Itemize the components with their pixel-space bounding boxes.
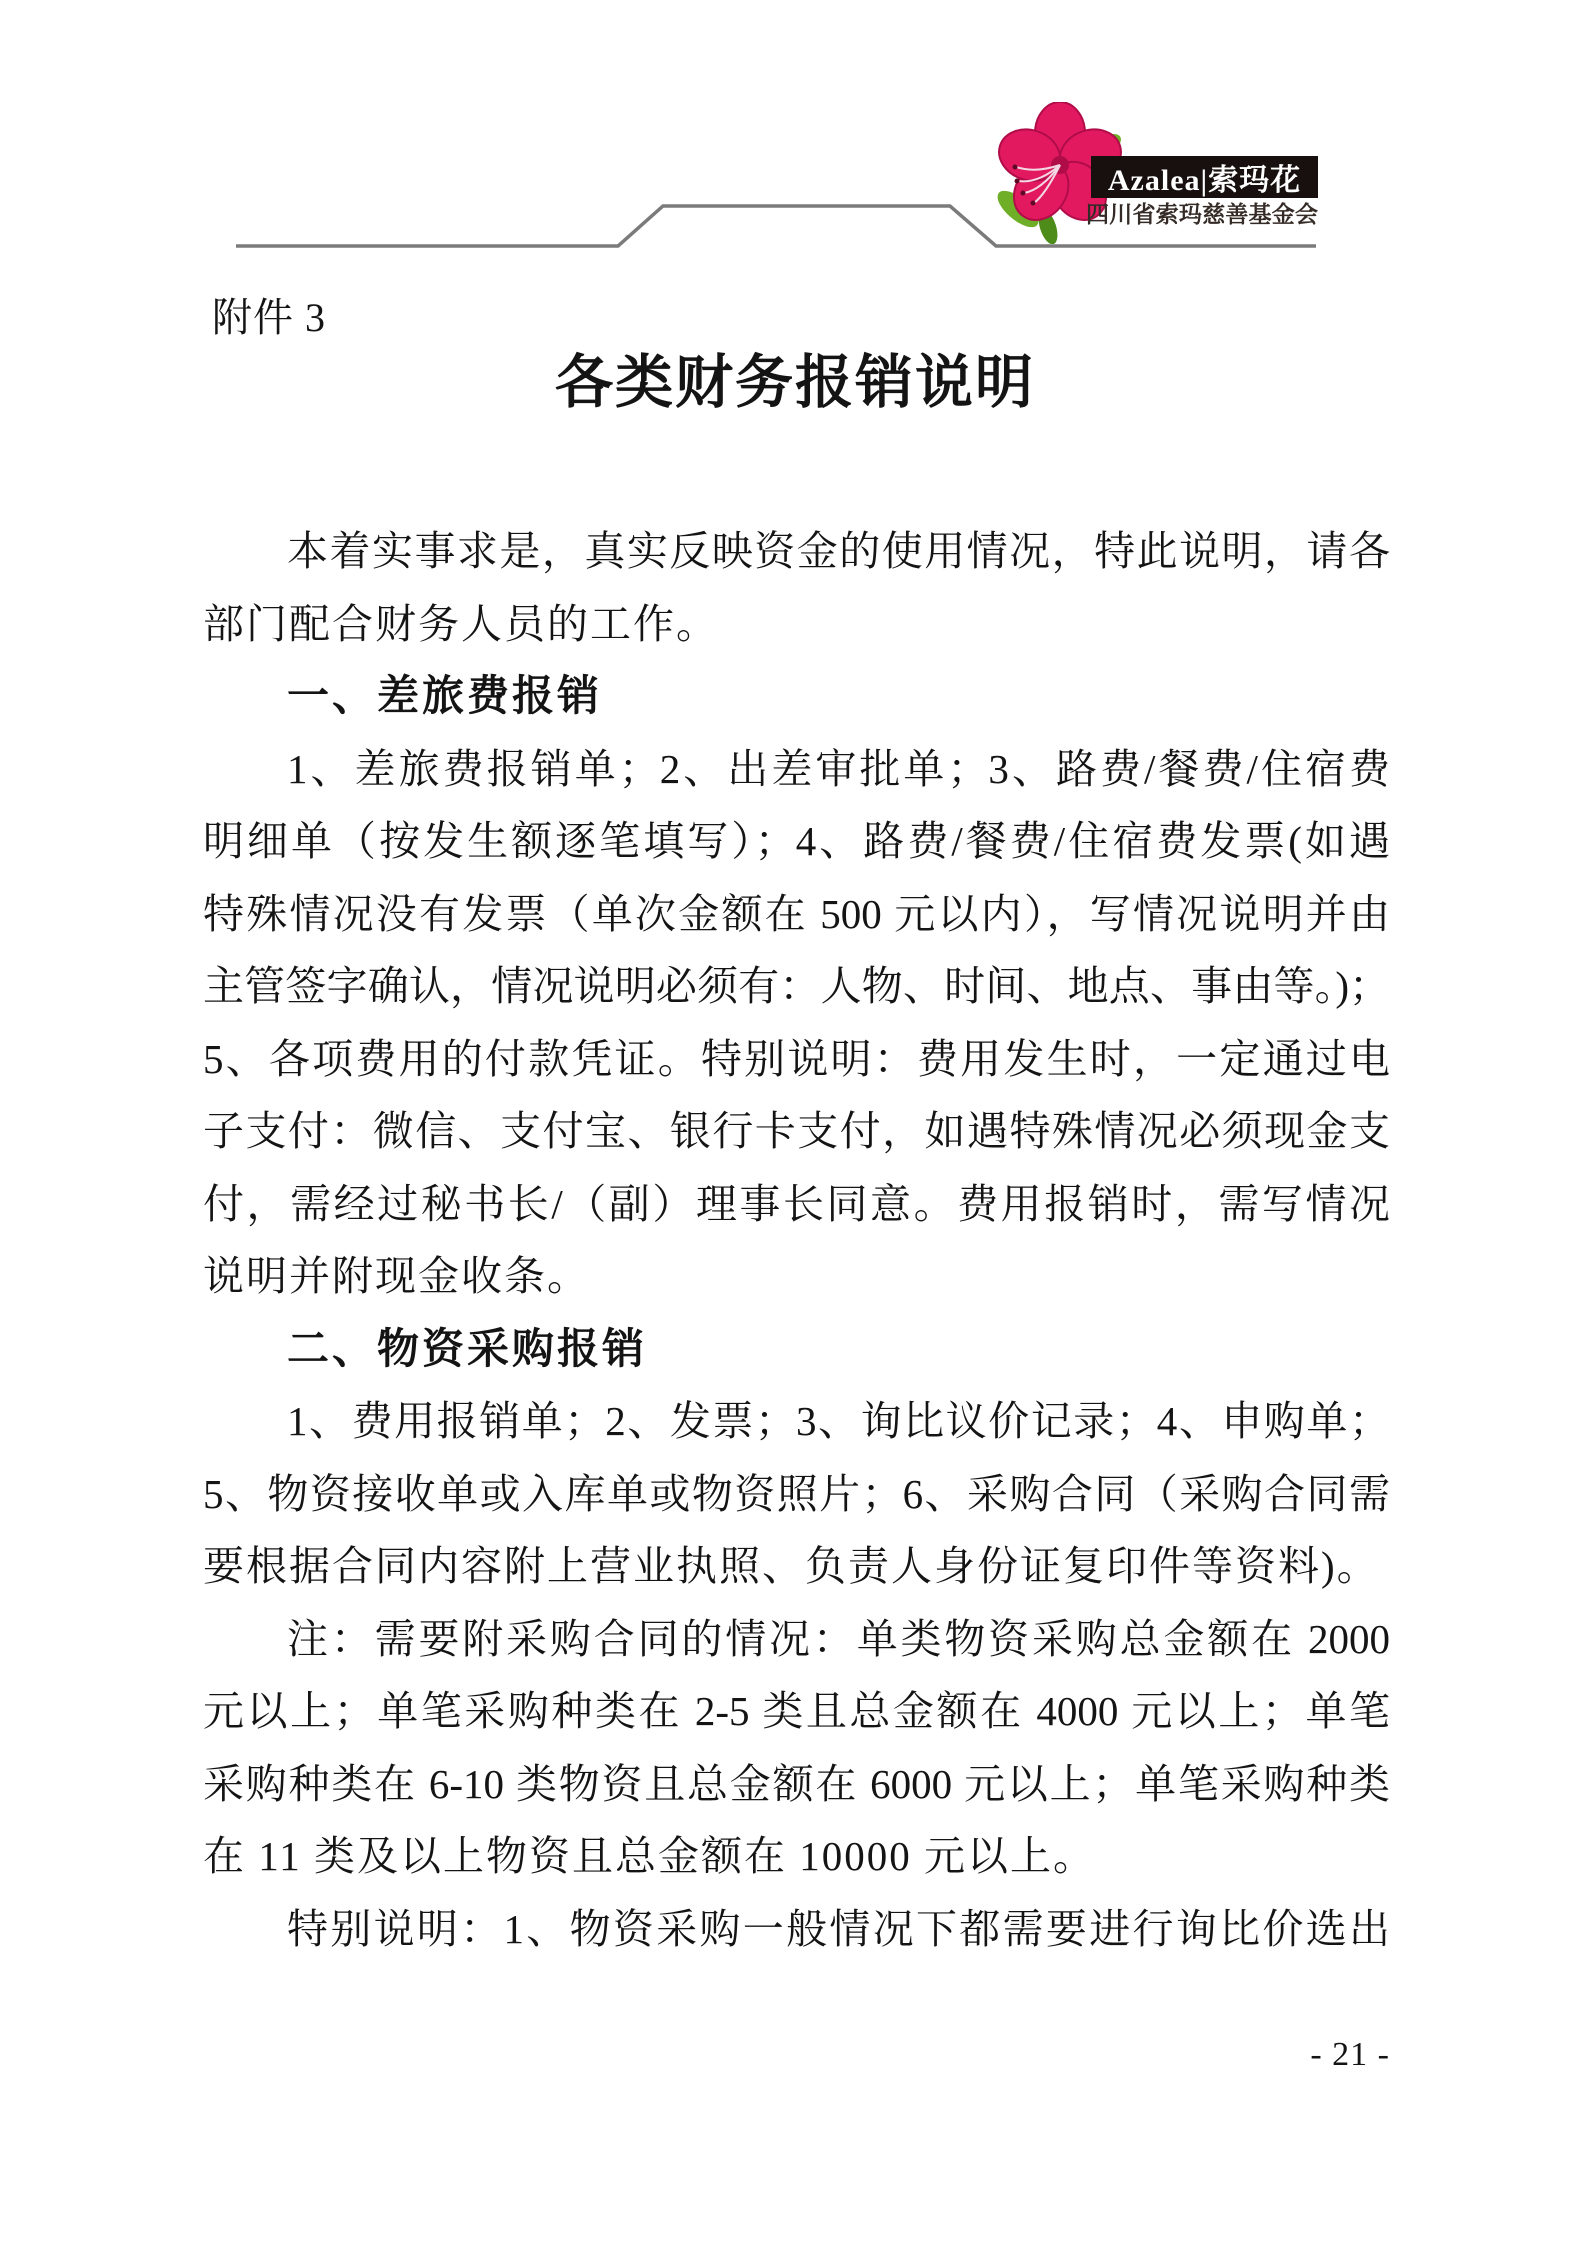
text-line: 付，需经过秘书长/（副）理事长同意。费用报销时，需写情况 — [203, 1168, 1390, 1241]
text-line: 在 11 类及以上物资且总金额在 10000 元以上。 — [203, 1820, 1390, 1893]
text-line: 采购种类在 6-10 类物资且总金额在 6000 元以上；单笔采购种类 — [203, 1748, 1390, 1821]
brand-name: Azalea|索玛花 — [1108, 155, 1301, 199]
text-line: 特殊情况没有发票（单次金额在 500 元以内），写情况说明并由 — [203, 878, 1390, 951]
logo-banner: Azalea|索玛花 — [1091, 156, 1318, 198]
document-body: 本着实事求是，真实反映资金的使用情况，特此说明，请各部门配合财务人员的工作。一、… — [203, 515, 1390, 1965]
section-heading: 二、物资采购报销 — [203, 1313, 1390, 1386]
text-line: 要根据合同内容附上营业执照、负责人身份证复印件等资料)。 — [203, 1530, 1390, 1603]
text-line: 部门配合财务人员的工作。 — [203, 588, 1390, 661]
text-line: 明细单（按发生额逐笔填写）；4、路费/餐费/住宿费发票(如遇 — [203, 805, 1390, 878]
attachment-label: 附件 3 — [212, 296, 326, 340]
section-heading: 一、差旅费报销 — [203, 660, 1390, 733]
text-line: 注：需要附采购合同的情况：单类物资采购总金额在 2000 — [203, 1603, 1390, 1676]
text-line: 主管签字确认，情况说明必须有：人物、时间、地点、事由等。)； — [203, 950, 1390, 1023]
text-line: 元以上；单笔采购种类在 2-5 类且总金额在 4000 元以上；单笔 — [203, 1675, 1390, 1748]
organization-name: 四川省索玛慈善基金会 — [1086, 201, 1318, 228]
text-line: 1、差旅费报销单；2、出差审批单；3、路费/餐费/住宿费 — [203, 733, 1390, 806]
document-page: Azalea|索玛花 四川省索玛慈善基金会 附件 3 各类财务报销说明 本着实事… — [0, 0, 1587, 2245]
text-line: 说明并附现金收条。 — [203, 1240, 1390, 1313]
text-line: 子支付：微信、支付宝、银行卡支付，如遇特殊情况必须现金支 — [203, 1095, 1390, 1168]
text-line: 本着实事求是，真实反映资金的使用情况，特此说明，请各 — [203, 515, 1390, 588]
text-line: 5、各项费用的付款凭证。特别说明：费用发生时，一定通过电 — [203, 1023, 1390, 1096]
text-line: 特别说明：1、物资采购一般情况下都需要进行询比价选出 — [203, 1893, 1390, 1966]
text-line: 5、物资接收单或入库单或物资照片；6、采购合同（采购合同需 — [203, 1458, 1390, 1531]
page-title: 各类财务报销说明 — [200, 340, 1390, 426]
text-line: 1、费用报销单；2、发票；3、询比议价记录；4、申购单； — [203, 1385, 1390, 1458]
page-number: - 21 - — [1150, 2036, 1390, 2074]
header-divider-line — [0, 0, 1587, 300]
